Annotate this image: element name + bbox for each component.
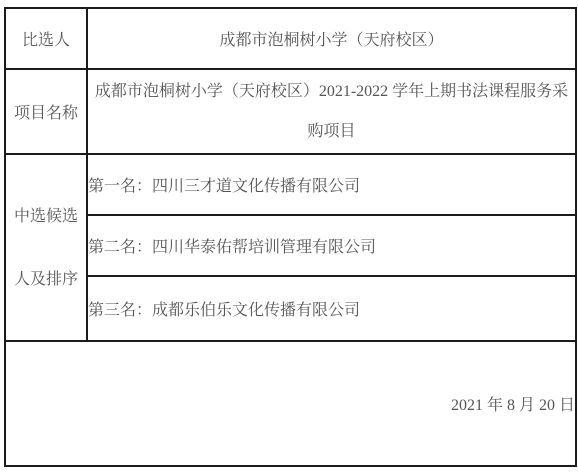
announcement-date: 2021 年 8 月 20 日 — [451, 397, 575, 414]
table-row: 项目名称 成都市泡桐树小学（天府校区）2021-2022 学年上期书法课程服务采… — [5, 69, 576, 154]
candidates-label-line2: 人及排序 — [6, 248, 86, 311]
date-cell: 2021 年 8 月 20 日 — [5, 341, 576, 466]
bidder-value: 成都市泡桐树小学（天府校区） — [87, 8, 576, 69]
notice-document: 比选人 成都市泡桐树小学（天府校区） 项目名称 成都市泡桐树小学（天府校区）20… — [0, 0, 578, 472]
table-row: 2021 年 8 月 20 日 — [5, 341, 576, 466]
table-row: 第三名：成都乐伯乐文化传播有限公司 — [5, 276, 576, 341]
table-row: 中选候选 人及排序 第一名：四川三才道文化传播有限公司 — [5, 154, 576, 215]
procurement-result-table: 比选人 成都市泡桐树小学（天府校区） 项目名称 成都市泡桐树小学（天府校区）20… — [4, 7, 577, 467]
project-name-value: 成都市泡桐树小学（天府校区）2021-2022 学年上期书法课程服务采购项目 — [87, 69, 576, 154]
table-row: 第二名：四川华泰佑帮培训管理有限公司 — [5, 215, 576, 276]
rank-2-value: 第二名：四川华泰佑帮培训管理有限公司 — [87, 215, 576, 276]
bidder-label: 比选人 — [5, 8, 87, 69]
rank-3-value: 第三名：成都乐伯乐文化传播有限公司 — [87, 276, 576, 341]
candidates-label-line1: 中选候选 — [6, 185, 86, 248]
candidates-ranking-label: 中选候选 人及排序 — [5, 154, 87, 341]
table-row: 比选人 成都市泡桐树小学（天府校区） — [5, 8, 576, 69]
rank-1-value: 第一名：四川三才道文化传播有限公司 — [87, 154, 576, 215]
project-name-label: 项目名称 — [5, 69, 87, 154]
